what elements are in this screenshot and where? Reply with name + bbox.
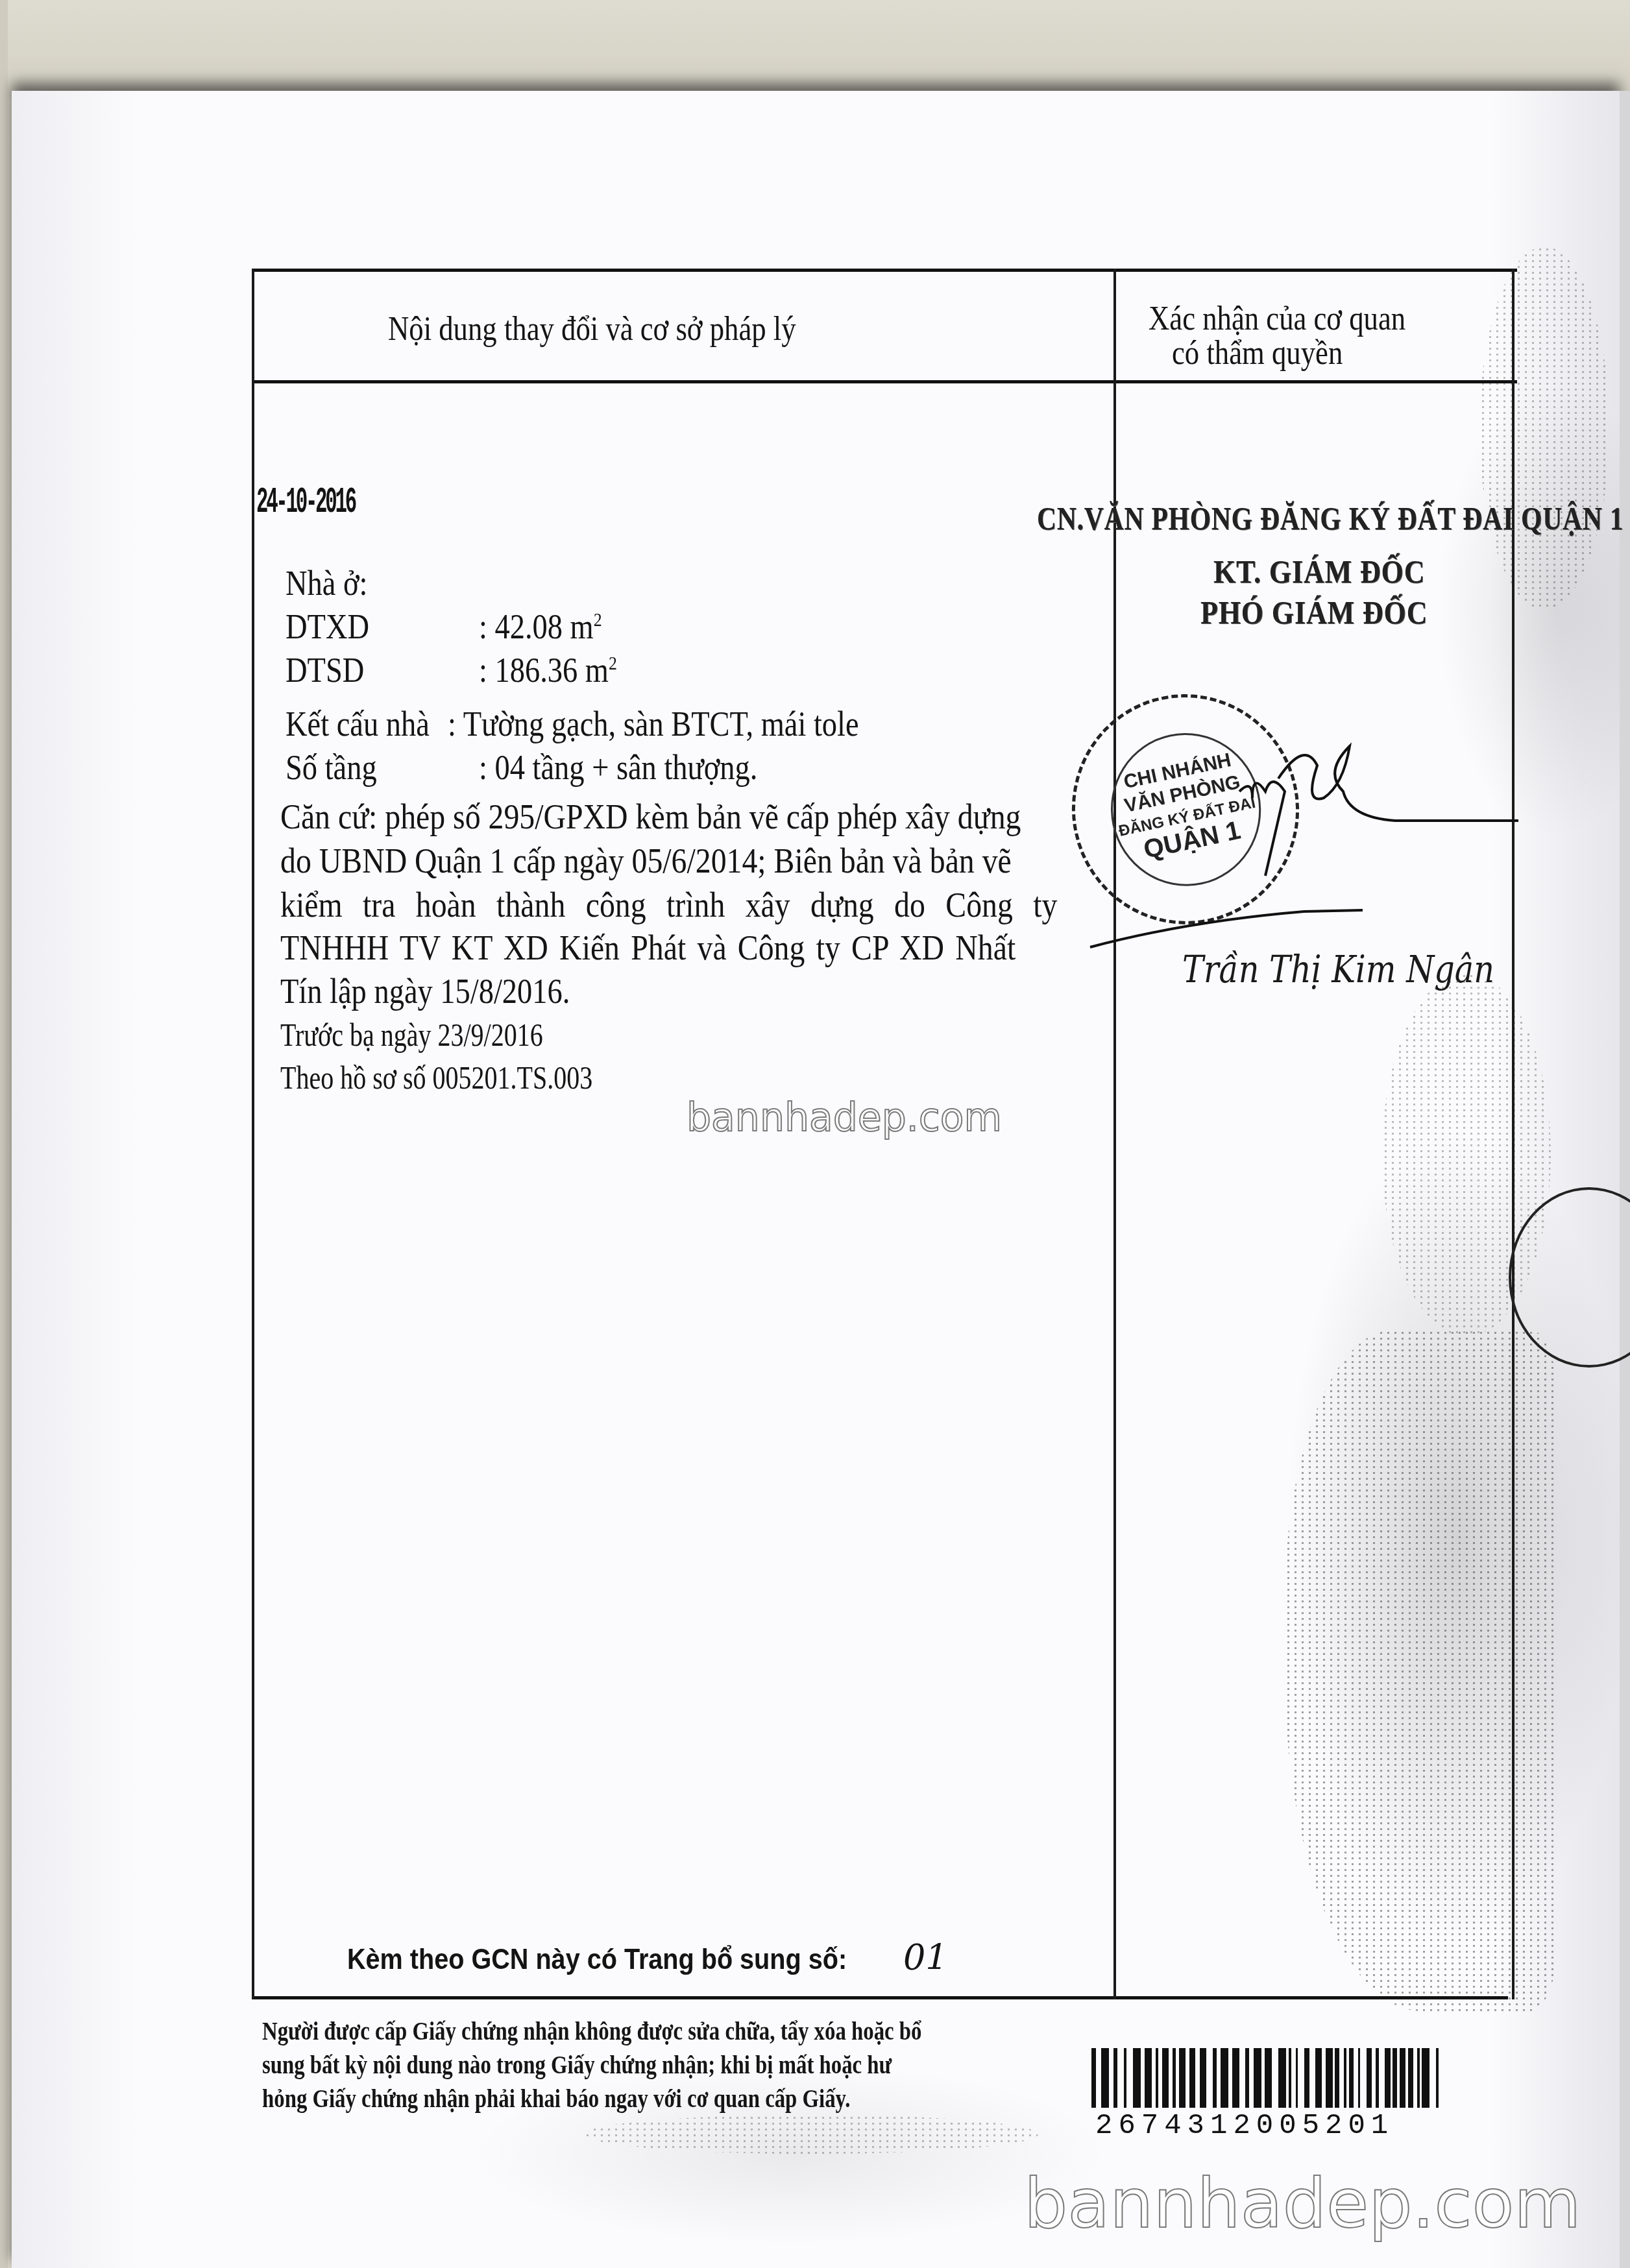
basis-line: do UBND Quận 1 cấp ngày 05/6/2014; Biên … [280, 841, 1106, 881]
signer-title: PHÓ GIÁM ĐỐC [1200, 594, 1459, 631]
basis-line: Tín lập ngày 15/8/2016. [280, 971, 617, 1011]
barcode-bar [1408, 2048, 1413, 2108]
barcode-bar [1358, 2048, 1360, 2108]
barcode-bar [1289, 2048, 1291, 2108]
barcode-bar [1189, 2048, 1195, 2108]
barcode-bar [1326, 2048, 1333, 2108]
scanner-background [0, 0, 1630, 97]
supplement-page-label: Kèm theo GCN này có Trang bổ sung số: [347, 1944, 903, 1976]
basis-line: TNHHH TV KT XD Kiến Phát và Công ty CP X… [280, 928, 1111, 968]
field-label-dtsd: DTSD [286, 650, 377, 690]
barcode-bar [1254, 2048, 1261, 2108]
scan-edge-right [1620, 91, 1630, 2268]
field-value-dtxd: : 42.08 m2 [479, 607, 622, 647]
column-header-authority-line2: có thẩm quyền [1172, 334, 1370, 372]
barcode-bar [1278, 2048, 1286, 2108]
table-top-border [252, 269, 1517, 272]
signer-name: Trần Thị Kim Ngân [1182, 947, 1550, 991]
barcode-bar [1091, 2048, 1096, 2108]
column-header-changes: Nội dung thay đổi và cơ sở pháp lý [388, 310, 862, 348]
barcode-bar [1133, 2048, 1141, 2108]
basis-line: kiểm tra hoàn thành công trình xây dựng … [280, 885, 1158, 925]
table-header-divider [252, 380, 1517, 383]
table-left-border [252, 269, 254, 1999]
barcode-bar [1385, 2048, 1391, 2108]
barcode-bar [1221, 2048, 1228, 2108]
table-bottom-border [252, 1996, 1508, 1999]
barcode-bar [1245, 2048, 1249, 2108]
barcode-bar [1101, 2048, 1109, 2108]
supplement-page-number: 01 [903, 1937, 948, 1978]
barcode [1091, 2048, 1452, 2108]
barcode-bar [1113, 2048, 1117, 2108]
field-label-dtxd: DTXD [286, 607, 383, 647]
footer-notice-line: sung bất kỳ nội dung nào trong Giấy chứn… [262, 2050, 1030, 2080]
barcode-bar [1173, 2048, 1176, 2108]
barcode-bar [1400, 2048, 1405, 2108]
barcode-bar [1376, 2048, 1379, 2108]
field-value-dtsd: : 186.36 m2 [479, 650, 640, 690]
field-value-structure: : Tường gạch, sàn BTCT, mái tole [448, 704, 926, 744]
barcode-bar [1417, 2048, 1420, 2108]
registration-fee-date: Trước bạ ngày 23/9/2016 [280, 1016, 609, 1054]
scan-edge-left [0, 0, 8, 2268]
barcode-bar [1335, 2048, 1339, 2108]
barcode-bar [1367, 2048, 1372, 2108]
barcode-bar [1232, 2048, 1239, 2108]
footer-notice-line: Người được cấp Giấy chứng nhận không đượ… [262, 2016, 1067, 2046]
barcode-bar [1124, 2048, 1126, 2108]
barcode-bar [1422, 2048, 1429, 2108]
barcode-bar [1296, 2048, 1298, 2108]
barcode-bar [1315, 2048, 1322, 2108]
barcode-bar [1265, 2048, 1272, 2108]
barcode-bar [1156, 2048, 1158, 2108]
section-title: Nhà ở: [286, 563, 381, 603]
watermark: bannhadep.com [687, 1095, 1002, 1140]
barcode-number: 2674312005201 [1095, 2110, 1449, 2142]
field-value-floors: : 04 tầng + sân thượng. [479, 747, 803, 788]
barcode-bar [1200, 2048, 1206, 2108]
field-label-structure: Kết cấu nhà [286, 704, 453, 744]
barcode-bar [1393, 2048, 1397, 2108]
barcode-bar [1213, 2048, 1217, 2108]
field-label-floors: Số tầng [286, 747, 392, 788]
barcode-bar [1344, 2048, 1346, 2108]
column-header-authority-line1: Xác nhận của cơ quan [1149, 300, 1448, 338]
barcode-bar [1304, 2048, 1309, 2108]
watermark: bannhadep.com [1024, 2164, 1581, 2243]
barcode-bar [1349, 2048, 1354, 2108]
barcode-bar [1145, 2048, 1152, 2108]
handwritten-signature [1064, 714, 1518, 986]
date-stamp: 24-10-2016 [256, 481, 355, 523]
footer-notice-line: hỏng Giấy chứng nhận phải khai báo ngay … [262, 2084, 979, 2114]
file-number: Theo hồ sơ số 005201.TS.003 [280, 1059, 670, 1096]
barcode-bar [1179, 2048, 1186, 2108]
barcode-bar [1162, 2048, 1169, 2108]
barcode-bar [1436, 2048, 1439, 2108]
basis-line: Căn cứ: phép số 295/GPXD kèm bản vẽ cấp … [280, 797, 1117, 837]
certifying-office: CN.VĂN PHÒNG ĐĂNG KÝ ĐẤT ĐAI QUẬN 1 [1037, 500, 1630, 537]
on-behalf-of: KT. GIÁM ĐỐC [1213, 553, 1454, 590]
